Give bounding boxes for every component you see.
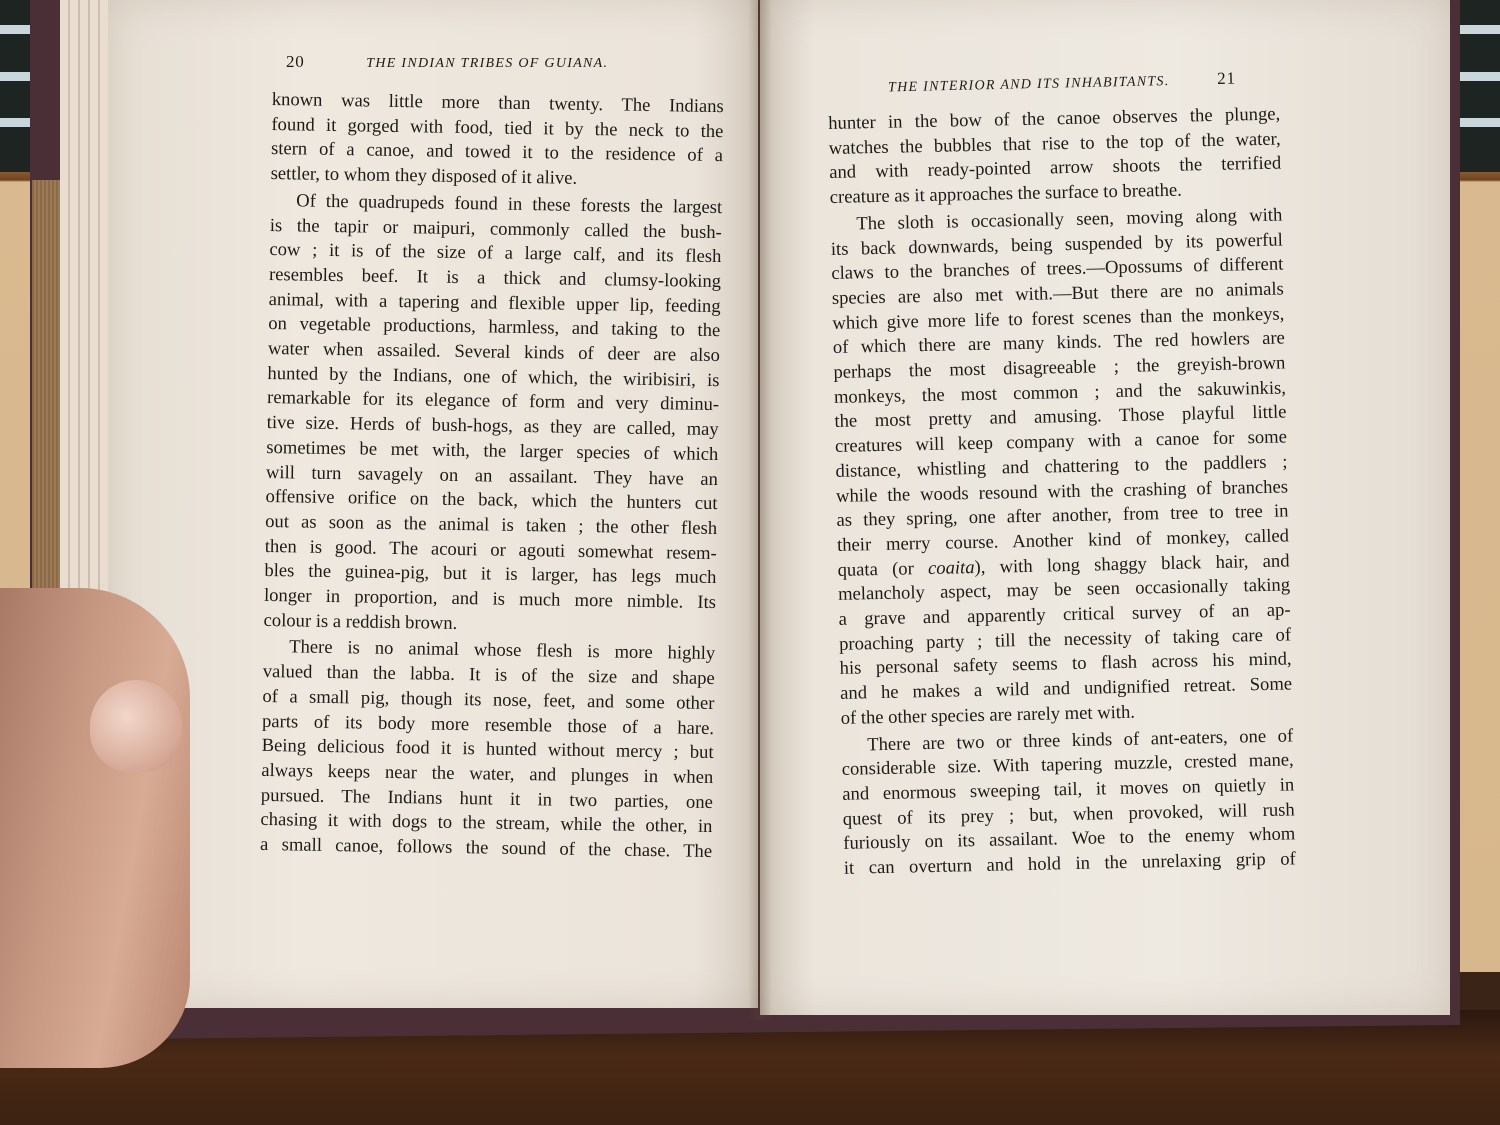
- hand-thumb: [0, 588, 190, 1068]
- left-page-body: known was little more than twenty. The I…: [260, 88, 724, 865]
- left-page: 20 THE INDIAN TRIBES OF GUIANA. known wa…: [108, 0, 758, 1008]
- running-head-title-right: THE INTERIOR AND ITS INHABITANTS.: [888, 74, 1170, 95]
- page-number-right: 21: [1217, 69, 1236, 88]
- right-page-body: hunter in the bow of the canoe observes …: [828, 103, 1296, 882]
- page-number-left: 20: [286, 52, 305, 71]
- italic-term: coaita: [928, 557, 975, 579]
- right-running-head: THE INTERIOR AND ITS INHABITANTS. 21: [888, 68, 1278, 97]
- running-head-title-left: THE INDIAN TRIBES OF GUIANA.: [366, 56, 608, 71]
- thumbnail: [90, 680, 182, 772]
- book-gutter: [748, 0, 772, 1020]
- left-running-head: 20 THE INDIAN TRIBES OF GUIANA.: [286, 52, 686, 72]
- right-page: THE INTERIOR AND ITS INHABITANTS. 21 hun…: [760, 0, 1450, 1015]
